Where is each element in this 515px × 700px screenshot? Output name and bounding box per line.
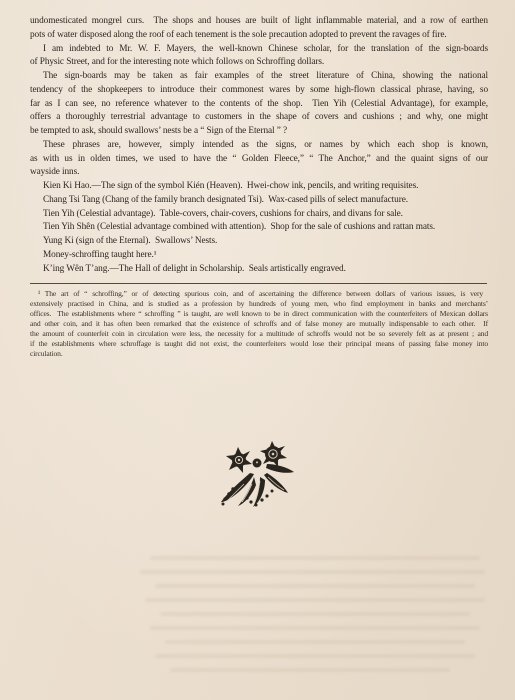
text-line: undomesticated mongrel curs. The shops a…	[30, 15, 488, 29]
text-line: tendency of the shopkeepers to introduce…	[30, 84, 488, 98]
text-line: offices. The establishments where “ schr…	[30, 309, 488, 319]
text-line: K’ing Wên T’ang.—The Hall of delight in …	[30, 263, 488, 277]
text-line: ¹ The art of “ schroffing,” or of detect…	[30, 289, 488, 299]
text-line: the amount of counterfeit coin in circul…	[30, 329, 488, 339]
text-line: Tien Yih (Celestial advantage). Table-co…	[30, 208, 488, 222]
text-line: Money-schroffing taught here.¹	[30, 249, 488, 263]
text-line: The sign-boards may be taken as fair exa…	[30, 70, 488, 84]
text-line: pots of water disposed along the roof of…	[30, 29, 488, 43]
text-line: if the establishments where schroffage i…	[30, 339, 488, 349]
text-line: as with us in olden times, we used to ha…	[30, 153, 488, 167]
text-line: Kien Ki Hao.—The sign of the symbol Kién…	[30, 180, 488, 194]
footnote-block: ¹ The art of “ schroffing,” or of detect…	[30, 289, 488, 359]
text-line: extensively practised in China, and is s…	[30, 299, 488, 309]
footnote-rule	[30, 283, 487, 284]
text-line: Yung Ki (sign of the Eternal). Swallows’…	[30, 235, 488, 249]
text-line: Chang Tsi Tang (Chang of the family bran…	[30, 194, 488, 208]
text-line: of Physic Street, and for the interestin…	[30, 56, 488, 70]
book-page: undomesticated mongrel curs. The shops a…	[0, 0, 515, 700]
main-text-block: undomesticated mongrel curs. The shops a…	[30, 15, 488, 276]
floral-tailpiece-icon	[217, 439, 301, 511]
text-line: circulation.	[30, 349, 488, 359]
text-line: wayside inns.	[30, 166, 488, 180]
text-line: and other coin, and it has often been re…	[30, 319, 488, 329]
text-line: be tempted to ask, should swallows’ nest…	[30, 125, 488, 139]
text-line: These phrases are, however, simply inten…	[30, 139, 488, 153]
text-line: I am indebted to Mr. W. F. Mayers, the w…	[30, 43, 488, 57]
text-line: Tien Yih Shên (Celestial advantage combi…	[30, 221, 488, 235]
text-line: far as I can see, no reference whatever …	[30, 98, 488, 112]
text-line: offers a thoroughly terrestrial advantag…	[30, 111, 488, 125]
